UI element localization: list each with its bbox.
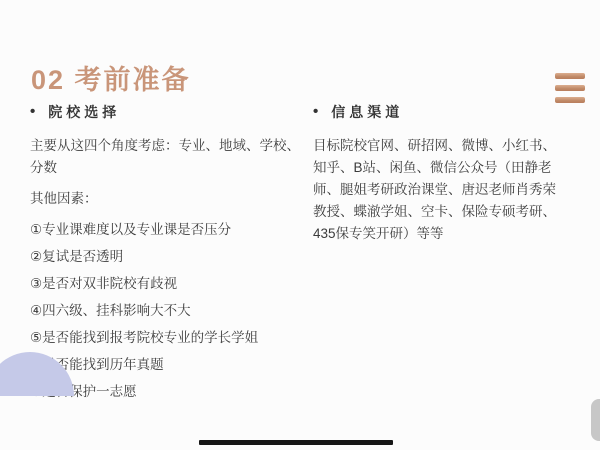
factor-item: ⑤是否能找到报考院校专业的学长学姐 (30, 324, 302, 351)
menu-bar-middle (555, 85, 585, 91)
bottom-bar (199, 440, 393, 445)
bullet-icon: • (313, 105, 318, 119)
slide: 02 考前准备 • 院校选择 主要从这四个角度考虑：专业、地域、学校、分数 其他… (0, 0, 600, 450)
slide-title: 02 考前准备 (31, 58, 191, 97)
factor-item: ②复试是否透明 (30, 243, 302, 270)
factor-item: ①专业课难度以及专业课是否压分 (30, 216, 302, 243)
section-header-school-choice: • 院校选择 (30, 101, 302, 123)
left-column: • 院校选择 主要从这四个角度考虑：专业、地域、学校、分数 其他因素： ①专业课… (30, 101, 302, 405)
factors-label: 其他因素： (30, 188, 302, 210)
scrollbar-thumb[interactable] (591, 399, 600, 441)
menu-bar-top (555, 73, 585, 79)
factors-list: ①专业课难度以及专业课是否压分 ②复试是否透明 ③是否对双非院校有歧视 ④四六级… (30, 216, 302, 405)
hamburger-menu-icon[interactable] (555, 73, 585, 103)
factor-item: ④四六级、挂科影响大不大 (30, 297, 302, 324)
factor-item: ③是否对双非院校有歧视 (30, 270, 302, 297)
section-header-info-channels: • 信息渠道 (313, 101, 565, 123)
intro-paragraph: 主要从这四个角度考虑：专业、地域、学校、分数 (30, 135, 302, 179)
right-column: • 信息渠道 目标院校官网、研招网、微博、小红书、知乎、B站、闲鱼、微信公众号（… (313, 101, 565, 245)
bullet-icon: • (30, 105, 35, 119)
section-header-label: 院校选择 (48, 101, 120, 123)
channels-paragraph: 目标院校官网、研招网、微博、小红书、知乎、B站、闲鱼、微信公众号（田静老师、腿姐… (313, 135, 565, 245)
factor-item: ⑥是否能找到历年真题 (30, 351, 302, 378)
section-header-label: 信息渠道 (331, 101, 403, 123)
